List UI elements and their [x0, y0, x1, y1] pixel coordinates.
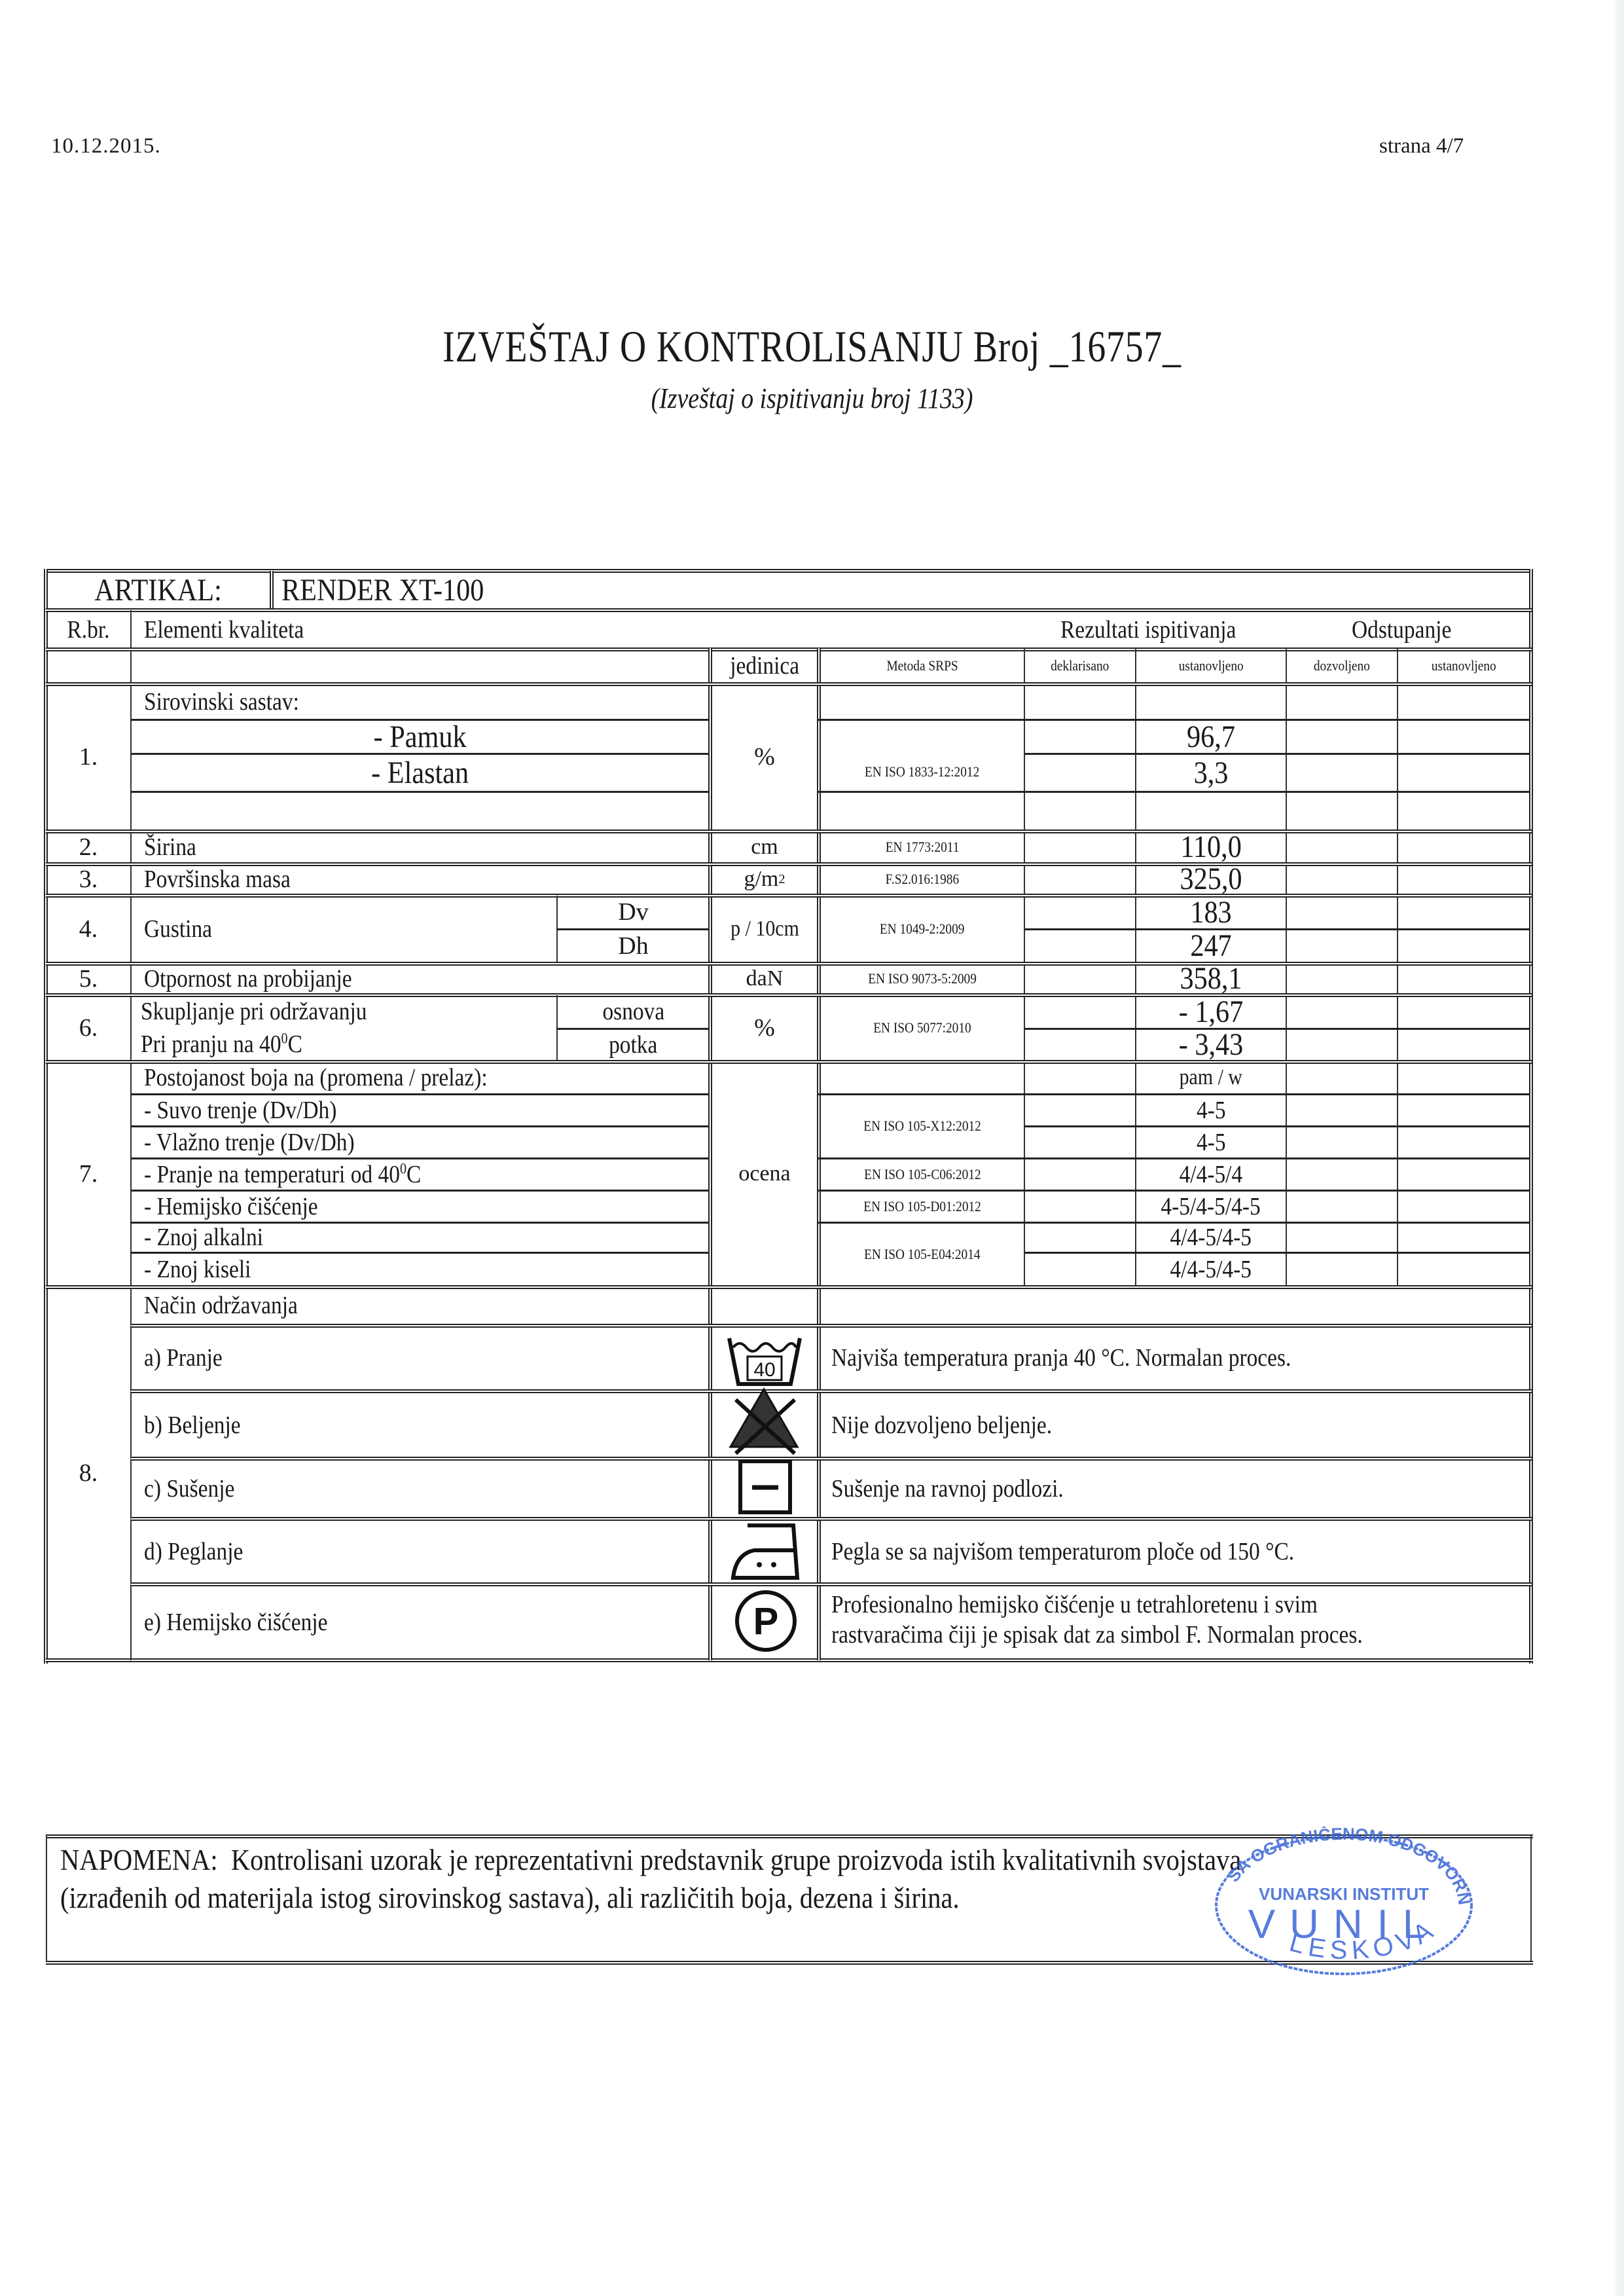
- row-7-item-suvo-trenje: - Suvo trenje (Dv/Dh): [144, 1095, 700, 1125]
- row-7-method-c06: EN ISO 105-C06:2012: [821, 1159, 1024, 1190]
- row-7-item-vlazno-trenje: - Vlažno trenje (Dv/Dh): [144, 1127, 700, 1157]
- report-title: IZVEŠTAJ O KONTROLISANJU Broj _16757_: [146, 321, 1477, 373]
- row-6-number: 6.: [47, 995, 130, 1060]
- artikal-label: ARTIKAL:: [47, 571, 270, 609]
- note-text: NAPOMENA: Kontrolisani uzorak je repreze…: [60, 1841, 1526, 1917]
- row-6-sub-osnova: osnova: [558, 995, 709, 1028]
- dry-clean-p-icon: P: [732, 1587, 800, 1655]
- col-header-metoda: Metoda SRPS: [821, 649, 1024, 682]
- dry-flat-icon: [736, 1459, 795, 1516]
- row-7-value-znoj-alkalni: 4/4-5/4-5: [1136, 1223, 1286, 1252]
- row-1-title: Sirovinski sastav:: [144, 684, 602, 719]
- row-2-label: Širina: [144, 831, 668, 862]
- row-3-method: F.S2.016:1986: [821, 864, 1024, 894]
- row-7-method-x12: EN ISO 105-X12:2012: [821, 1095, 1024, 1157]
- row-4-unit: p / 10cm: [712, 896, 817, 962]
- row-2-method: EN 1773:2011: [821, 831, 1024, 862]
- row-3-label: Površinska masa: [144, 864, 668, 894]
- col-header-deklarisano: deklarisano: [1025, 649, 1135, 682]
- row-7-method-e04: EN ISO 105-E04:2014: [821, 1223, 1024, 1285]
- row-4-value-dv: 183: [1136, 896, 1286, 928]
- row-7-item-znoj-alkalni: - Znoj alkalni: [144, 1223, 700, 1252]
- no-bleach-icon: [727, 1387, 802, 1456]
- row-1-value-pamuk: 96,7: [1136, 720, 1286, 753]
- row-7-item-hemijsko-ciscenje: - Hemijsko čišćenje: [144, 1191, 700, 1222]
- row-3-number: 3.: [47, 864, 130, 894]
- row-1-sub-pamuk: - Pamuk: [131, 720, 709, 753]
- row-6-value-potka: - 3,43: [1136, 1029, 1286, 1060]
- care-label-beljenje: b) Beljenje: [144, 1393, 700, 1457]
- row-1-value-elastan: 3,3: [1136, 754, 1286, 791]
- row-7-item-pranje: - Pranje na temperaturi od 400C: [144, 1159, 700, 1190]
- group-header-odstupanje: Odstupanje: [1352, 611, 1522, 647]
- iron-two-dots-icon: [728, 1518, 804, 1582]
- row-6-method: EN ISO 5077:2010: [821, 995, 1024, 1060]
- svg-text:P: P: [753, 1600, 779, 1643]
- row-2-unit: cm: [712, 831, 817, 862]
- care-label-peglanje: d) Peglanje: [144, 1521, 700, 1582]
- page-number: strana 4/7: [1379, 134, 1464, 158]
- row-6-unit: %: [712, 995, 817, 1060]
- row-8-number: 8.: [47, 1287, 130, 1658]
- row-4-sub-dh: Dh: [558, 930, 709, 962]
- row-7-value-znoj-kiseli: 4/4-5/4-5: [1136, 1253, 1286, 1285]
- row-2-number: 2.: [47, 831, 130, 862]
- row-7-method-d01: EN ISO 105-D01:2012: [821, 1191, 1024, 1222]
- row-1-method: EN ISO 1833-12:2012: [821, 720, 1024, 791]
- care-desc-pranje: Najviša temperatura pranja 40 °C. Normal…: [831, 1326, 1525, 1389]
- row-1-sub-elastan: - Elastan: [131, 754, 709, 791]
- row-3-unit: g/m2: [712, 864, 817, 894]
- care-desc-susenje: Sušenje na ravnoj podlozi.: [831, 1461, 1525, 1517]
- artikal-value: RENDER XT-100: [281, 571, 805, 609]
- care-desc-peglanje: Pegla se sa najvišom temperaturom ploče …: [831, 1521, 1525, 1582]
- row-7-item-znoj-kiseli: - Znoj kiseli: [144, 1253, 700, 1285]
- care-label-hemijsko-ciscenje: e) Hemijsko čišćenje: [144, 1586, 700, 1658]
- row-5-value: 358,1: [1136, 964, 1286, 993]
- row-7-value-hemijsko-ciscenje: 4-5/4-5/4-5: [1136, 1191, 1286, 1222]
- col-header-jedinica: jedinica: [712, 649, 817, 682]
- row-6-label-line2: Pri pranju na 400C: [141, 1028, 533, 1060]
- col-header-odstupanje-ustanovljeno: ustanovljeno: [1398, 649, 1529, 682]
- row-6-value-osnova: - 1,67: [1136, 995, 1286, 1028]
- row-7-number: 7.: [47, 1062, 130, 1285]
- care-desc-hemijsko-ciscenje: Profesionalno hemijsko čišćenje u tetrah…: [831, 1590, 1525, 1650]
- care-label-susenje: c) Sušenje: [144, 1461, 700, 1517]
- row-7-value-vlazno-trenje: 4-5: [1136, 1127, 1286, 1157]
- row-7-title-value: pam / w: [1136, 1062, 1286, 1093]
- group-header-rezultati: Rezultati ispitivanja: [1060, 611, 1296, 647]
- row-4-method: EN 1049-2:2009: [821, 896, 1024, 962]
- row-7-unit: ocena: [712, 1062, 817, 1285]
- row-1-unit: %: [712, 684, 817, 829]
- row-5-method: EN ISO 9073-5:2009: [821, 964, 1024, 993]
- row-7-value-suvo-trenje: 4-5: [1136, 1095, 1286, 1125]
- col-header-dozvoljeno: dozvoljeno: [1287, 649, 1397, 682]
- row-1-number: 1.: [47, 684, 130, 829]
- col-header-ustanovljeno: ustanovljeno: [1136, 649, 1286, 682]
- row-2-value: 110,0: [1136, 831, 1286, 862]
- row-4-label: Gustina: [144, 896, 537, 962]
- row-3-value: 325,0: [1136, 864, 1286, 894]
- row-4-sub-dv: Dv: [558, 896, 709, 928]
- col-header-rbr: R.br.: [47, 611, 130, 647]
- svg-text:40: 40: [753, 1359, 775, 1381]
- report-subtitle: (Izveštaj o ispitivanju broj 1133): [114, 382, 1511, 415]
- row-5-number: 5.: [47, 964, 130, 993]
- row-4-number: 4.: [47, 896, 130, 962]
- note-label: NAPOMENA:: [60, 1843, 218, 1876]
- wash-40-icon: 40: [725, 1336, 804, 1388]
- report-date: 10.12.2015.: [51, 134, 161, 158]
- row-8-title: Način održavanja: [144, 1287, 700, 1324]
- row-7-value-pranje: 4/4-5/4: [1136, 1159, 1286, 1190]
- row-6-sub-potka: potka: [558, 1029, 709, 1060]
- row-5-label: Otpornost na probijanje: [144, 964, 668, 993]
- care-desc-beljenje: Nije dozvoljeno beljenje.: [831, 1393, 1525, 1457]
- row-6-label-line1: Skupljanje pri održavanju: [141, 995, 533, 1028]
- row-7-title: Postojanost boja na (promena / prelaz):: [144, 1062, 700, 1093]
- scan-edge: [1615, 0, 1624, 2296]
- care-label-pranje: a) Pranje: [144, 1326, 700, 1389]
- row-5-unit: daN: [712, 964, 817, 993]
- row-4-value-dh: 247: [1136, 930, 1286, 962]
- col-header-elementi: Elementi kvaliteta: [144, 611, 537, 647]
